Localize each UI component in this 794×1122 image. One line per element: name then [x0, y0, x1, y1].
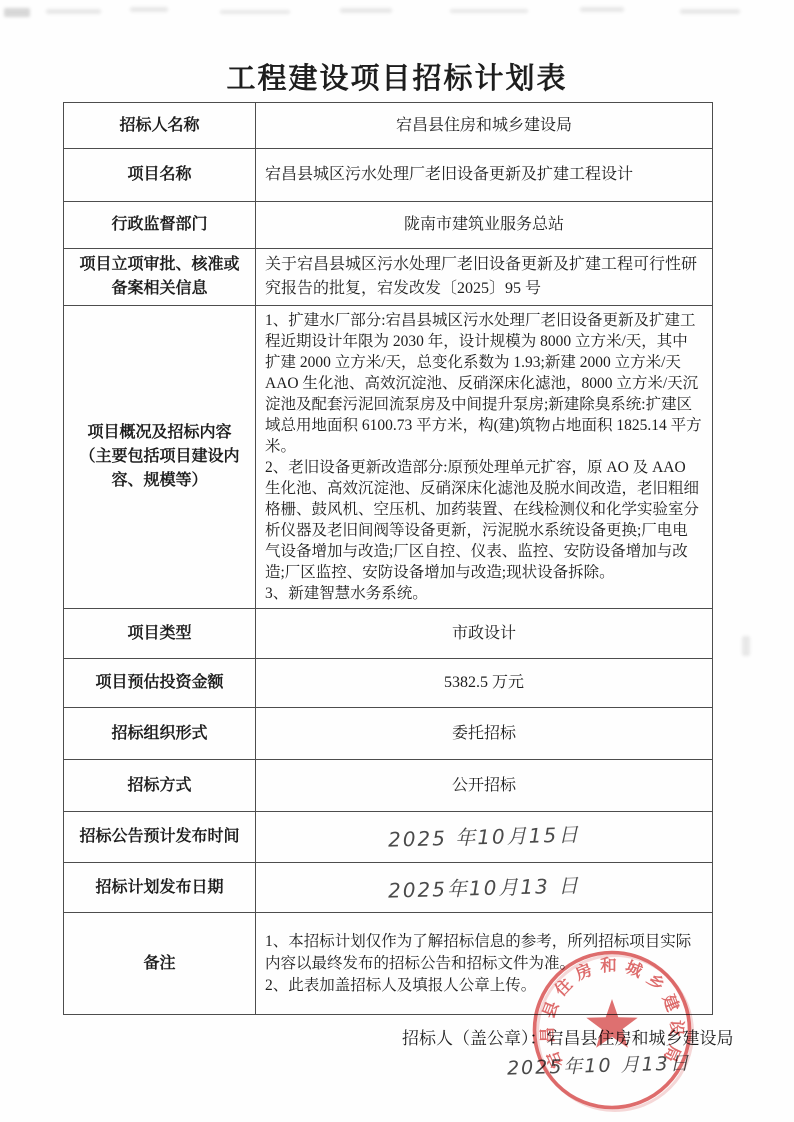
table-row: 招标组织形式 委托招标: [64, 708, 713, 760]
row-value-project-overview: 1、扩建水厂部分:宕昌县城区污水处理厂老旧设备更新及扩建工程近期设计年限为 20…: [256, 306, 713, 609]
row-label-project-overview: 项目概况及招标内容（主要包括项目建设内容、规模等）: [64, 306, 256, 609]
official-seal: 宕昌县住房和城乡建设局: [526, 946, 700, 1118]
row-value-estimated-investment: 5382.5 万元: [256, 659, 713, 708]
row-value-project-type: 市政设计: [256, 609, 713, 659]
row-label-bidder-name: 招标人名称: [64, 103, 256, 149]
row-label-supervisory-dept: 行政监督部门: [64, 202, 256, 249]
tender-plan-table: 招标人名称 宕昌县住房和城乡建设局 项目名称 宕昌县城区污水处理厂老旧设备更新及…: [63, 102, 713, 1015]
overview-paragraph-2: 2、老旧设备更新改造部分:原预处理单元扩容，原 AO 及 AAO 生化池、高效沉…: [265, 457, 703, 583]
row-label-project-name: 项目名称: [64, 149, 256, 202]
handwritten-announcement-date: 2025 年10月15日: [388, 819, 581, 854]
table-row: 招标公告预计发布时间 2025 年10月15日: [64, 812, 713, 863]
scan-artifact: [742, 636, 750, 656]
row-label-estimated-investment: 项目预估投资金额: [64, 659, 256, 708]
row-value-supervisory-dept: 陇南市建筑业服务总站: [256, 202, 713, 249]
row-value-organization-form: 委托招标: [256, 708, 713, 760]
table-row: 项目类型 市政设计: [64, 609, 713, 659]
scan-artifact: [46, 9, 101, 14]
table-row: 行政监督部门 陇南市建筑业服务总站: [64, 202, 713, 249]
table-row: 招标计划发布日期 2025年10月13 日: [64, 863, 713, 913]
row-label-bidding-method: 招标方式: [64, 760, 256, 812]
scan-artifact: [220, 10, 290, 14]
table-row: 招标人名称 宕昌县住房和城乡建设局: [64, 103, 713, 149]
row-label-project-type: 项目类型: [64, 609, 256, 659]
scanned-document-page: 工程建设项目招标计划表 招标人名称 宕昌县住房和城乡建设局 项目名称 宕昌县城区…: [0, 0, 794, 1122]
scan-artifact: [4, 8, 30, 17]
row-value-approval-info: 关于宕昌县城区污水处理厂老旧设备更新及扩建工程可行性研究报告的批复，宕发改发〔2…: [256, 249, 713, 306]
scan-artifact: [680, 9, 740, 14]
table-row: 项目预估投资金额 5382.5 万元: [64, 659, 713, 708]
overview-paragraph-3: 3、新建智慧水务系统。: [265, 583, 703, 604]
row-value-plan-publish-date: 2025年10月13 日: [256, 863, 713, 913]
scan-artifact: [340, 8, 392, 13]
row-label-announcement-date: 招标公告预计发布时间: [64, 812, 256, 863]
scan-artifact: [580, 7, 624, 12]
table-row: 项目名称 宕昌县城区污水处理厂老旧设备更新及扩建工程设计: [64, 149, 713, 202]
row-label-organization-form: 招标组织形式: [64, 708, 256, 760]
scan-artifact: [450, 9, 528, 13]
page-title: 工程建设项目招标计划表: [0, 56, 794, 97]
row-label-plan-publish-date: 招标计划发布日期: [64, 863, 256, 913]
row-value-announcement-date: 2025 年10月15日: [256, 812, 713, 863]
seal-star-icon: [586, 999, 637, 1048]
handwritten-plan-publish-date: 2025年10月13 日: [388, 870, 581, 905]
table-row: 项目立项审批、核准或备案相关信息 关于宕昌县城区污水处理厂老旧设备更新及扩建工程…: [64, 249, 713, 306]
scan-artifact: [130, 7, 168, 12]
table-row: 招标方式 公开招标: [64, 760, 713, 812]
row-label-remarks: 备注: [64, 913, 256, 1015]
row-value-bidder-name: 宕昌县住房和城乡建设局: [256, 103, 713, 149]
overview-paragraph-1: 1、扩建水厂部分:宕昌县城区污水处理厂老旧设备更新及扩建工程近期设计年限为 20…: [265, 310, 703, 457]
row-value-project-name: 宕昌县城区污水处理厂老旧设备更新及扩建工程设计: [256, 149, 713, 202]
row-label-approval-info: 项目立项审批、核准或备案相关信息: [64, 249, 256, 306]
signer-label: 招标人（盖公章）：: [402, 1029, 547, 1048]
table-row: 项目概况及招标内容（主要包括项目建设内容、规模等） 1、扩建水厂部分:宕昌县城区…: [64, 306, 713, 609]
row-value-bidding-method: 公开招标: [256, 760, 713, 812]
